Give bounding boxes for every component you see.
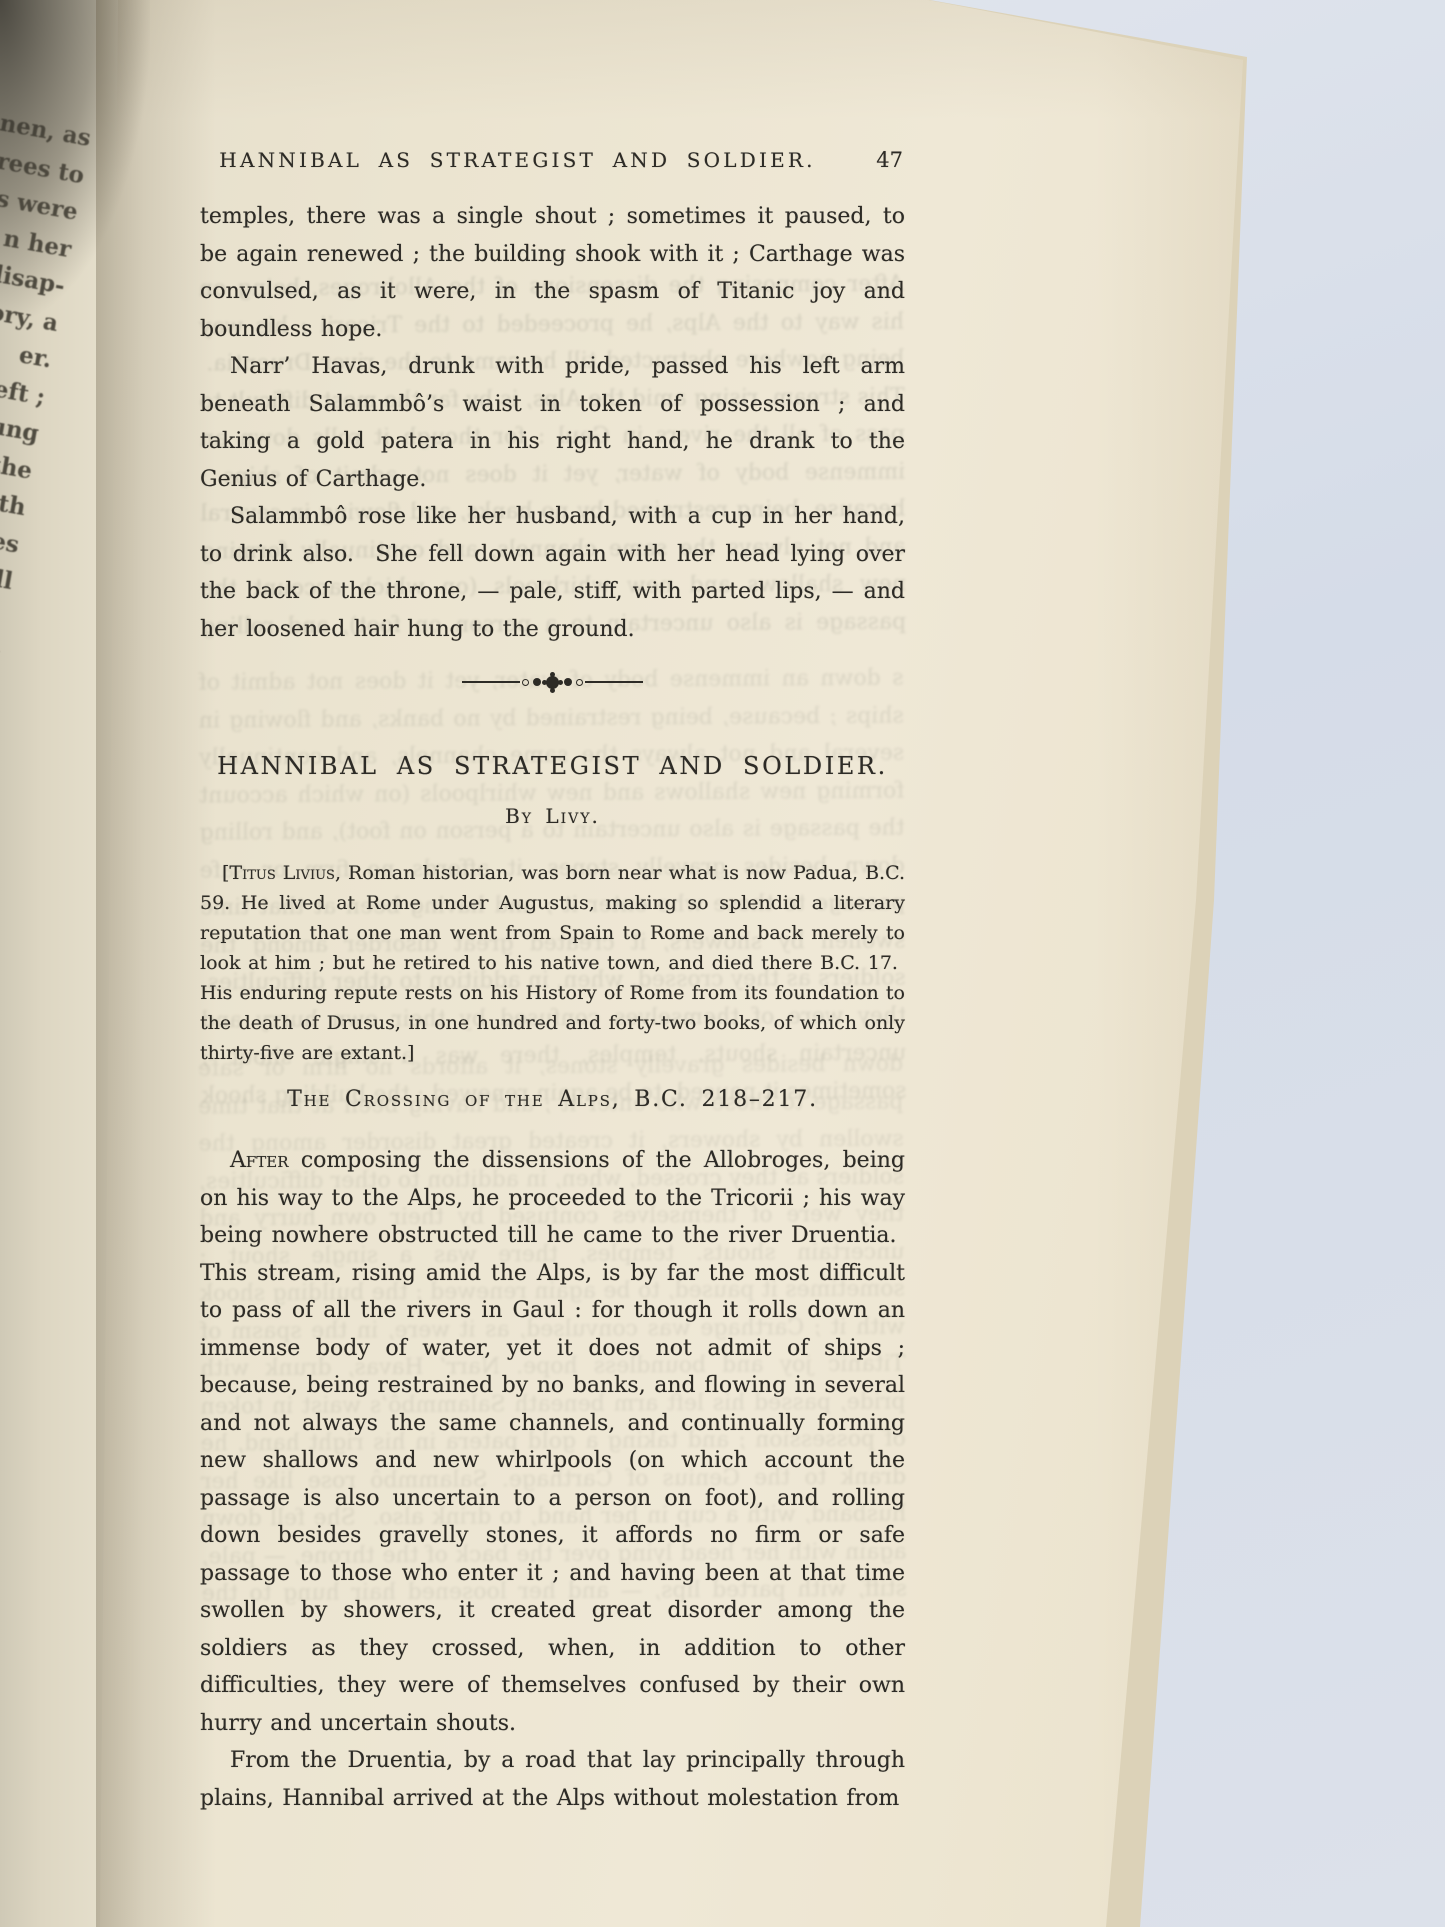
ornament-dot xyxy=(533,678,541,686)
right-book-page: After composing the dissensions of the A… xyxy=(0,0,1445,1927)
ornament-rule xyxy=(462,681,520,684)
page-number: 47 xyxy=(876,148,903,172)
page-right-shading xyxy=(1095,0,1265,1927)
article-byline: By Livy. xyxy=(200,804,905,828)
left-page-text-column: nen, asrees tos weren herdisap-ory, aer.… xyxy=(0,104,94,1671)
running-header: HANNIBAL AS STRATEGIST AND SOLDIER. 47 xyxy=(200,148,905,178)
note-body: , Roman historian, was born near what is… xyxy=(200,862,905,1064)
running-header-title: HANNIBAL AS STRATEGIST AND SOLDIER. xyxy=(200,148,835,172)
page-content: HANNIBAL AS STRATEGIST AND SOLDIER. 47 t… xyxy=(200,0,905,1817)
excerpt-paragraph: Narr’ Havas, drunk with pride, passed hi… xyxy=(200,348,905,498)
ornament-dot xyxy=(564,678,572,686)
book-spine-shadow xyxy=(0,0,150,320)
excerpt-paragraph: Salammbô rose like her husband, with a c… xyxy=(200,498,905,648)
paragraph-text: composing the dissensions of the Allobro… xyxy=(200,1148,905,1736)
body-paragraph: After composing the dissensions of the A… xyxy=(200,1142,905,1742)
book-photo: After composing the dissensions of the A… xyxy=(0,0,1445,1927)
ornament-dot xyxy=(522,679,529,686)
note-author-name: Titus Livius xyxy=(229,862,335,884)
editor-note: [Titus Livius, Roman historian, was born… xyxy=(200,858,905,1068)
paragraph-lead-smallcaps: After xyxy=(230,1148,289,1173)
ornament-dot xyxy=(576,679,583,686)
body-paragraph: From the Druentia, by a road that lay pr… xyxy=(200,1742,905,1817)
ornament-rosette xyxy=(546,676,559,689)
section-heading: The Crossing of the Alps, B.C. 218–217. xyxy=(200,1087,905,1112)
ornament-rule xyxy=(585,681,643,684)
article-title: HANNIBAL AS STRATEGIST AND SOLDIER. xyxy=(200,752,905,780)
section-divider-ornament xyxy=(200,672,905,692)
excerpt-paragraph: temples, there was a single shout ; some… xyxy=(200,198,905,348)
